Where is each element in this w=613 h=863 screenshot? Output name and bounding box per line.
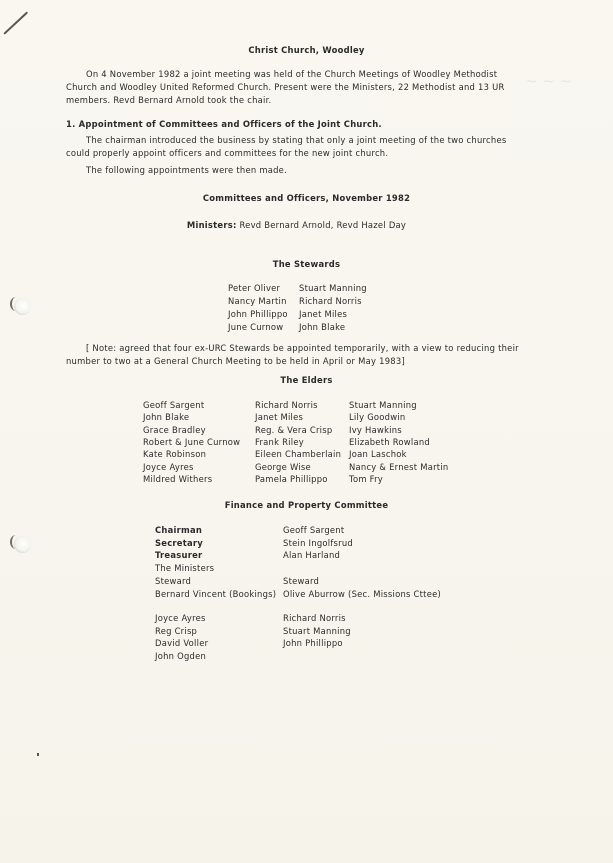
finance-member-name: Joyce Ayres <box>155 613 206 624</box>
finance-member-name: David Voller <box>155 638 208 649</box>
elder-name: Lily Goodwin <box>349 412 405 423</box>
intro-line-1: On 4 November 1982 a joint meeting was h… <box>86 69 497 80</box>
finance-heading: Finance and Property Committee <box>0 500 613 511</box>
stewards-heading: The Stewards <box>0 259 613 270</box>
elder-name: Janet Miles <box>255 412 303 423</box>
note-line-2: number to two at a General Church Meetin… <box>66 356 405 367</box>
ink-speck <box>37 753 39 756</box>
elder-name: Elizabeth Rowland <box>349 437 430 448</box>
ministers-line: Ministers: Revd Bernard Arnold, Revd Haz… <box>0 220 593 231</box>
ministers-label: Ministers: <box>187 220 237 230</box>
elder-name: Stuart Manning <box>349 400 417 411</box>
section-para1-line1: The chairman introduced the business by … <box>86 135 506 146</box>
finance-officer-name: Alan Harland <box>283 550 340 561</box>
elder-name: Tom Fry <box>349 474 383 485</box>
elder-name: Nancy & Ernest Martin <box>349 462 448 473</box>
elder-name: Frank Riley <box>255 437 304 448</box>
finance-steward-left-label: Steward <box>155 576 191 587</box>
finance-member-name: John Ogden <box>155 651 206 662</box>
intro-line-2: Church and Woodley United Reformed Churc… <box>66 82 505 93</box>
finance-steward-right-label: Steward <box>283 576 319 587</box>
finance-steward-right-name: Olive Aburrow (Sec. Missions Cttee) <box>283 589 441 600</box>
steward-name: John Phillippo <box>228 309 288 320</box>
section-para2: The following appointments were then mad… <box>86 165 287 176</box>
elder-name: Geoff Sargent <box>143 400 204 411</box>
ministers-value: Revd Bernard Arnold, Revd Hazel Day <box>239 220 406 230</box>
pencil-mark <box>3 11 28 34</box>
elder-name: Mildred Withers <box>143 474 212 485</box>
finance-ministers: The Ministers <box>155 563 214 574</box>
finance-member-name: John Phillippo <box>283 638 343 649</box>
steward-name: Janet Miles <box>299 309 347 320</box>
steward-name: Peter Oliver <box>228 283 280 294</box>
finance-role: Secretary <box>155 538 203 549</box>
finance-member-name: Stuart Manning <box>283 626 351 637</box>
elder-name: Pamela Phillippo <box>255 474 328 485</box>
elders-heading: The Elders <box>0 375 613 386</box>
section-heading: 1. Appointment of Committees and Officer… <box>66 119 382 130</box>
finance-member-name: Richard Norris <box>283 613 346 624</box>
committees-heading: Committees and Officers, November 1982 <box>0 193 613 204</box>
elder-name: Robert & June Curnow <box>143 437 240 448</box>
elder-name: George Wise <box>255 462 311 473</box>
steward-name: Nancy Martin <box>228 296 287 307</box>
finance-officer-name: Geoff Sargent <box>283 525 344 536</box>
steward-name: Stuart Manning <box>299 283 367 294</box>
finance-member-name: Reg Crisp <box>155 626 197 637</box>
elder-name: John Blake <box>143 412 189 423</box>
finance-steward-left-name: Bernard Vincent (Bookings) <box>155 589 276 600</box>
elder-name: Eileen Chamberlain <box>255 449 341 460</box>
punch-hole-top <box>14 298 31 315</box>
show-through-text: ~ ~ ~ <box>525 72 572 90</box>
note-line-1: [ Note: agreed that four ex-URC Stewards… <box>86 343 519 354</box>
steward-name: Richard Norris <box>299 296 362 307</box>
punch-hole-bottom <box>14 536 31 553</box>
document-title: Christ Church, Woodley <box>0 45 613 56</box>
steward-name: June Curnow <box>228 322 283 333</box>
elder-name: Reg. & Vera Crisp <box>255 425 332 436</box>
finance-officer-name: Stein Ingolfsrud <box>283 538 353 549</box>
finance-role: Treasurer <box>155 550 202 561</box>
elder-name: Richard Norris <box>255 400 318 411</box>
steward-name: John Blake <box>299 322 345 333</box>
elder-name: Grace Bradley <box>143 425 206 436</box>
intro-line-3: members. Revd Bernard Arnold took the ch… <box>66 95 271 106</box>
section-para1-line2: could properly appoint officers and comm… <box>66 148 388 159</box>
elder-name: Joan Laschok <box>349 449 407 460</box>
scanned-page: ~ ~ ~ Christ Church, Woodley On 4 Novemb… <box>0 0 613 863</box>
finance-role: Chairman <box>155 525 202 536</box>
elder-name: Kate Robinson <box>143 449 206 460</box>
elder-name: Ivy Hawkins <box>349 425 402 436</box>
elder-name: Joyce Ayres <box>143 462 194 473</box>
